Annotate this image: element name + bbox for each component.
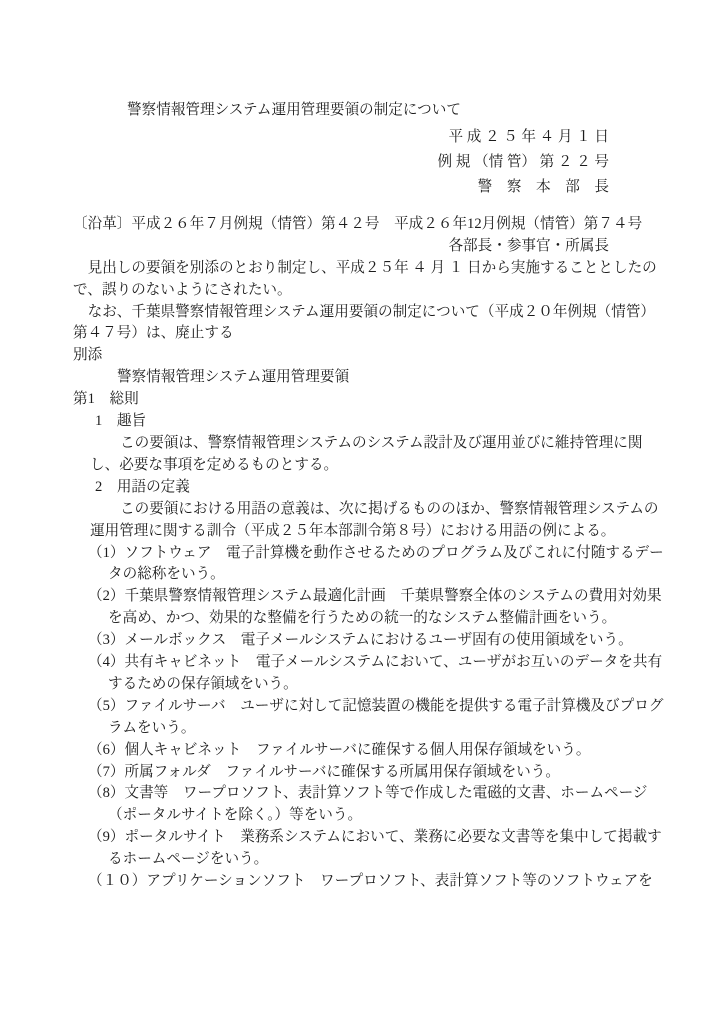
notice-title: 警察情報管理システム運用管理要領の制定について [127,100,665,122]
item-2-definitions-lead: この要領における用語の意義は、次に掲げるもののほか、警察情報管理システムの運用管… [90,499,665,543]
definition-item-9: （9）ポータルサイト 業務系システムにおいて、業務に必要な文書等を集中して掲載す… [108,827,665,871]
attachment-label: 別添 [73,345,665,367]
revision-history: 〔沿革〕平成２６年７月例規（情管）第４２号 平成２６年12月例規（情管）第７４号 [73,214,665,236]
issuance-date: 平 成 ２ ５ 年 ４ 月 １ 日 [73,125,609,150]
item-2-definitions-heading: 2 用語の定義 [95,477,665,499]
definition-item-2: （2）千葉県警察情報管理システム最適化計画 千葉県警察全体のシステムの費用対効果… [108,586,665,630]
document-page: 警察情報管理システム運用管理要領の制定について 平 成 ２ ５ 年 ４ 月 １ … [0,0,724,1024]
notice-paragraph-implementation: 見出しの要領を別添のとおり制定し、平成２５年 ４ 月 １ 日から実施することとし… [73,258,665,302]
item-1-purpose-heading: 1 趣旨 [95,411,665,433]
addressee-line: 各部長・参事官・所属長 [73,236,609,258]
issuance-issuer: 警 察 本 部 長 [73,175,609,200]
definition-item-4: （4）共有キャビネット 電子メールシステムにおいて、ユーザがお互いのデータを共有… [108,652,665,696]
issuance-block: 平 成 ２ ５ 年 ４ 月 １ 日 例 規 （情 管） 第 ２ ２ 号 警 察 … [73,125,609,200]
guideline-title: 警察情報管理システム運用管理要領 [117,367,665,389]
definition-item-6: （6）個人キャビネット ファイルサーバに確保する個人用保存領域をいう。 [108,740,665,762]
definition-item-3: （3）メールボックス 電子メールシステムにおけるユーザ固有の使用領域をいう。 [108,630,665,652]
definition-item-7: （7）所属フォルダ ファイルサーバに確保する所属用保存領域をいう。 [108,762,665,784]
item-1-purpose-body: この要領は、警察情報管理システムのシステム設計及び運用並びに維持管理に関し、必要… [90,433,665,477]
definition-item-10: （１０）アプリケーションソフト ワープロソフト、表計算ソフト等のソフトウェアを [108,871,665,893]
definition-item-5: （5）ファイルサーバ ユーザに対して記憶装置の機能を提供する電子計算機及びプログ… [108,696,665,740]
definition-item-1: （1）ソフトウェア 電子計算機を動作させるためのプログラム及びこれに付随するデー… [108,543,665,587]
definition-item-8: （8）文書等 ワープロソフト、表計算ソフト等で作成した電磁的文書、ホームページ（… [108,783,665,827]
issuance-number: 例 規 （情 管） 第 ２ ２ 号 [73,150,609,175]
notice-paragraph-abolition: なお、千葉県警察情報管理システム運用要領の制定について（平成２０年例規（情管）第… [73,302,665,346]
chapter-1-heading: 第1 総則 [73,389,665,411]
